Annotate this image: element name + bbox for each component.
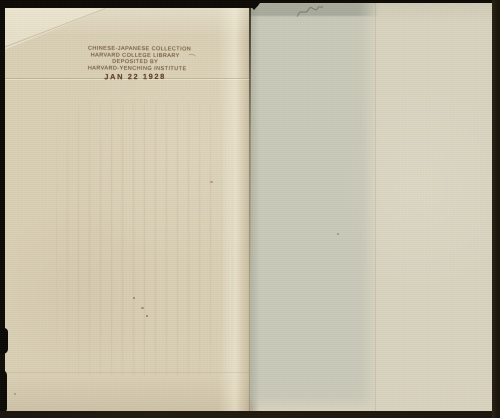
paper-speck	[133, 297, 135, 299]
paper-speck	[14, 393, 16, 395]
gutter-shadow-line	[249, 0, 251, 285]
vertical-fold-crease	[375, 3, 376, 412]
paper-tint-band	[250, 3, 377, 412]
scan-edge-top-right	[250, 0, 500, 3]
scan-edge-right	[492, 0, 500, 418]
scan-edge-left	[0, 0, 5, 418]
scan-edge-top-left	[0, 0, 252, 8]
paper-speck	[141, 307, 144, 309]
corner-fold-highlight	[4, 8, 108, 50]
edge-dark-blob	[0, 328, 8, 354]
stamp-institute-line: HARVARD-YENCHING INSTITUTE	[88, 65, 183, 72]
text-bleed-through	[56, 102, 238, 376]
paper-speck	[146, 315, 148, 317]
book-scan: CHINESE-JAPANESE COLLECTION HARVARD COLL…	[0, 0, 500, 418]
edge-dark-blob	[0, 370, 7, 412]
library-stamp: CHINESE-JAPANESE COLLECTION HARVARD COLL…	[88, 45, 183, 82]
paper-speck	[210, 181, 213, 183]
paper-speck	[337, 233, 339, 235]
right-page	[250, 3, 492, 412]
date-stamp: JAN 22 1928	[88, 73, 183, 81]
scan-edge-bottom	[0, 411, 500, 418]
